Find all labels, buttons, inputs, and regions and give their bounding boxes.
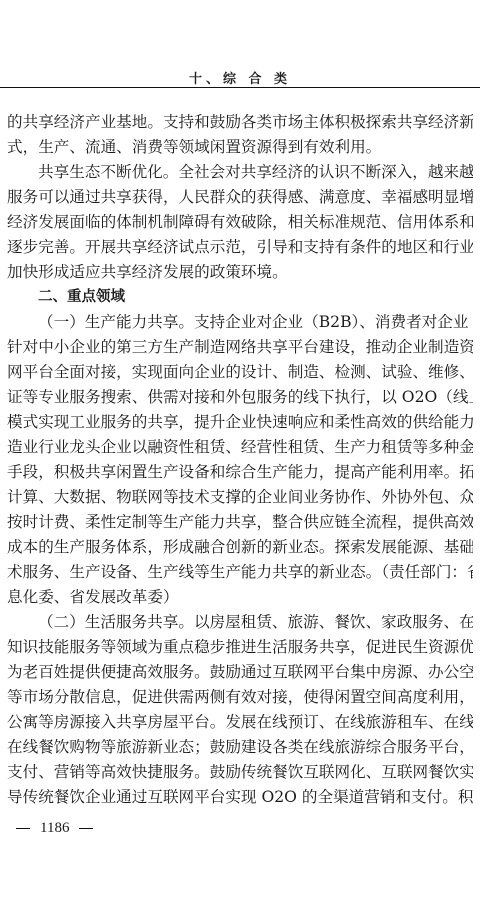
page-number: 1186: [16, 820, 93, 837]
page-number-value: 1186: [40, 820, 69, 836]
text-line: 公寓等房源接入共享房屋平台。发展在线预订、在线旅游租车、在线度假租赁、: [7, 710, 473, 735]
text-line: 经济发展面临的体制机制障碍有效破除，相关标准规范、信用体系和法律法规: [7, 210, 473, 235]
dash-left: [16, 828, 30, 829]
text-line: （一）生产能力共享。支持企业对企业（B2B）、消费者对企业（C2B）等: [7, 310, 473, 335]
running-head: 十、综 合 类: [0, 68, 480, 87]
text-line: 为老百姓提供便捷高效服务。鼓励通过互联网平台集中房源、办公空间、车位: [7, 660, 473, 685]
text-line: 证等专业服务搜索、供需对接和外包服务的线下执行，以 O2O（线上线下融合）: [7, 385, 473, 410]
body-text: 的共享经济产业基地。支持和鼓励各类市场主体积极探索共享经济新业态新模 式，生产、…: [7, 110, 473, 810]
text-line: 支付、营销等高效快捷服务。鼓励传统餐饮互联网化、互联网餐饮实体化，引: [7, 760, 473, 785]
text-line: 计算、大数据、物联网等技术支撑的企业间业务协作、外协外包、众包生产、: [7, 485, 473, 510]
text-line: 按时计费、柔性定制等生产能力共享，整合供应链全流程，提供高效可靠、低: [7, 510, 473, 535]
text-line: 针对中小企业的第三方生产制造网络共享平台建设，推动企业制造资源与互联: [7, 335, 473, 360]
text-line: 在线餐饮购物等旅游新业态；鼓励建设各类在线旅游综合服务平台，提供信息、: [7, 735, 473, 760]
section-heading: 二、重点领域: [7, 285, 473, 310]
text-line: 服务可以通过共享获得，人民群众的获得感、满意度、幸福感明显增强，共享: [7, 185, 473, 210]
text-line: 加快形成适应共享经济发展的政策环境。: [7, 260, 473, 285]
text-line: 的共享经济产业基地。支持和鼓励各类市场主体积极探索共享经济新业态新模: [7, 110, 473, 135]
text-line: 导传统餐饮企业通过互联网平台实现 O2O 的全渠道营销和支付。积极推进 O2O: [7, 785, 473, 810]
text-line: 等市场分散信息，促进供需两侧有效对接，使得闲置空间高度利用，支持民宿、: [7, 685, 473, 710]
text-line: 知识技能服务等领域为重点稳步推进生活服务共享，促进民生资源优化配置，: [7, 635, 473, 660]
text-line: 网平台全面对接，实现面向企业的设计、制造、检测、试验、维修、仿真、认: [7, 360, 473, 385]
text-line: 成本的生产服务体系，形成融合创新的新业态。探索发展能源、基础设施、技: [7, 535, 473, 560]
text-line: 术服务、生产设备、生产线等生产能力共享的新业态。（责任部门：省经济和信: [7, 560, 473, 585]
dash-right: [79, 828, 93, 829]
text-line: 手段，积极共享闲置生产设备和综合生产能力，提高产能利用率。拓展基于云: [7, 460, 473, 485]
text-line: （二）生活服务共享。以房屋租赁、旅游、餐饮、家政服务、在线教育和: [7, 610, 473, 635]
text-line: 共享生态不断优化。全社会对共享经济的认识不断深入，越来越多的生活: [7, 160, 473, 185]
text-line: 式，生产、流通、消费等领域闲置资源得到有效利用。: [7, 135, 473, 160]
header-rule: [0, 87, 480, 88]
text-line: 模式实现工业服务的共享，提升企业快速响应和柔性高效的供给能力。支持制: [7, 410, 473, 435]
text-line: 造业行业龙头企业以融资性租赁、经营性租赁、生产力租赁等多种金融和经营: [7, 435, 473, 460]
text-line: 逐步完善。开展共享经济试点示范，引导和支持有条件的地区和行业先行先试，: [7, 235, 473, 260]
text-line: 息化委、省发展改革委）: [7, 585, 473, 610]
